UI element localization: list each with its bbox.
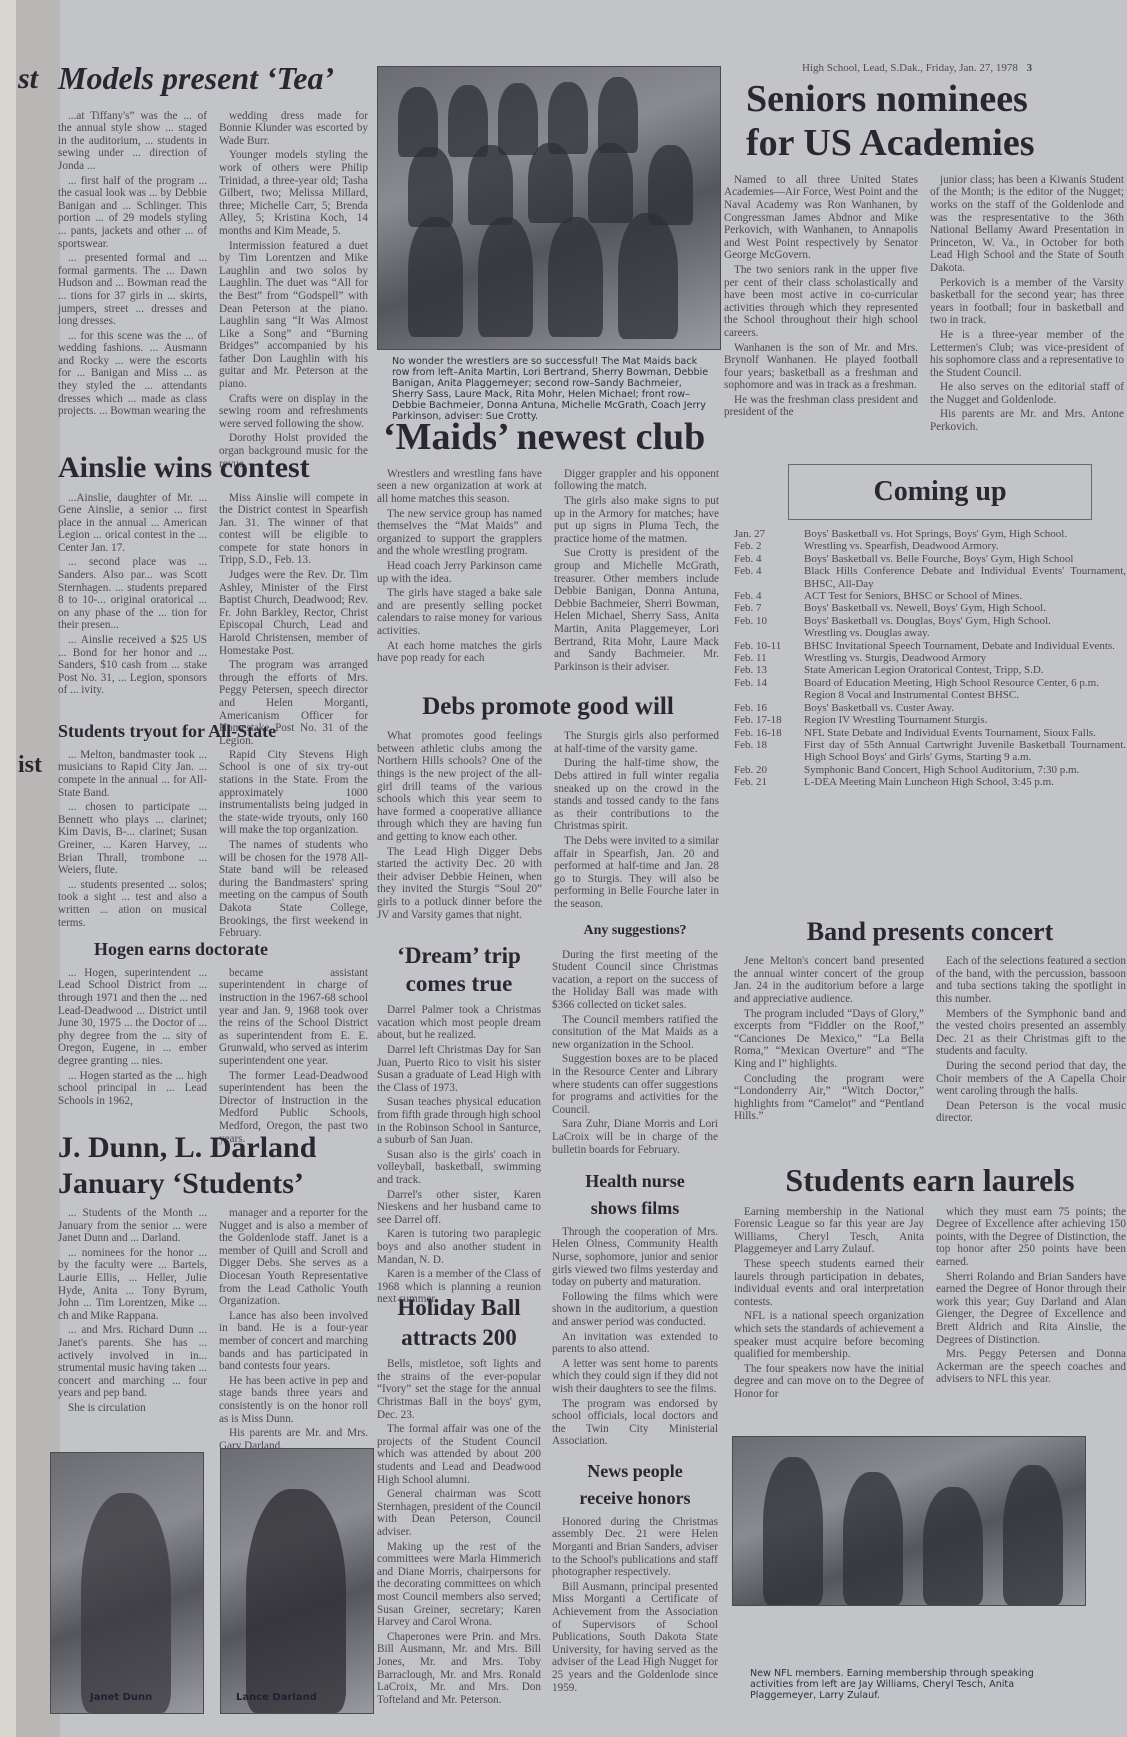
headline-band: Band presents concert xyxy=(734,918,1126,945)
paragraph: Sue Crotty is president of the group and… xyxy=(554,547,719,673)
coming-up-box: Coming up xyxy=(788,464,1092,520)
headline-suggestions: Any suggestions? xyxy=(552,924,718,939)
event-row: Wrestling vs. Douglas away. xyxy=(734,627,1126,639)
paragraph: The girls have staged a bake sale and ar… xyxy=(377,587,542,637)
events-calendar: Jan. 27Boys' Basketball vs. Hot Springs,… xyxy=(734,528,1126,789)
headline-holiday-1: Holiday Ball xyxy=(377,1296,541,1320)
paragraph: Lance has also been involved in band. He… xyxy=(219,1310,368,1373)
paragraph: Susan teaches physical education from fi… xyxy=(377,1096,541,1146)
headline-seniors-1: Seniors nominees xyxy=(724,80,1124,120)
paragraph: Head coach Jerry Parkinson came up with … xyxy=(377,560,542,585)
event-row: Feb. 7Boys' Basketball vs. Newell, Boys'… xyxy=(734,602,1126,614)
paragraph: ... presented formal and ... formal garm… xyxy=(58,252,207,328)
paragraph: An invitation was extended to parents to… xyxy=(552,1331,718,1356)
photo-nfl-members xyxy=(732,1436,1086,1606)
headline-allstate: Students tryout for All-State xyxy=(58,722,368,741)
event-row: Feb. 17-18Region IV Wrestling Tournament… xyxy=(734,714,1126,726)
paragraph: The program included “Days of Glory,” ex… xyxy=(734,1008,924,1071)
paragraph: The Council members ratified the consitu… xyxy=(552,1014,718,1052)
headline-laurels: Students earn laurels xyxy=(734,1164,1126,1198)
paragraph: What promotes good feelings between athl… xyxy=(377,730,542,843)
article-maids: ‘Maids’ newest club Wrestlers and wrestl… xyxy=(377,418,719,675)
photo-caption-mat-maids: No wonder the wrestlers are so successfu… xyxy=(392,356,712,422)
event-row: Feb. 2Wrestling vs. Spearfish, Deadwood … xyxy=(734,540,1126,552)
article-seniors: Seniors nominees for US Academies Named … xyxy=(724,80,1124,436)
headline-hogen: Hogen earns doctorate xyxy=(58,940,368,959)
paragraph: A letter was sent home to parents which … xyxy=(552,1358,718,1396)
paragraph: Darrel left Christmas Day for San Juan, … xyxy=(377,1044,541,1094)
paragraph: The program was endorsed by school offic… xyxy=(552,1398,718,1448)
paragraph: During the first meeting of the Student … xyxy=(552,949,718,1012)
article-allstate: Students tryout for All-State ... Melton… xyxy=(58,722,368,942)
article-dream-trip: ‘Dream’ trip comes true Darrel Palmer to… xyxy=(377,944,541,1308)
paragraph: The Lead High Digger Debs started the ac… xyxy=(377,846,542,922)
paragraph: Members of the Symphonic band and the ve… xyxy=(936,1008,1126,1058)
headline-news-1: News people xyxy=(552,1462,718,1481)
paragraph: Darrel's other sister, Karen Nieskens an… xyxy=(377,1189,541,1227)
paragraph: Through the cooperation of Mrs. Helen Ol… xyxy=(552,1226,718,1289)
article-health-nurse: Health nurse shows films Through the coo… xyxy=(552,1172,718,1450)
paragraph: Wrestlers and wrestling fans have seen a… xyxy=(377,468,542,506)
paragraph: Named to all three United States Academi… xyxy=(724,174,918,262)
paragraph: His parents are Mr. and Mrs. Antone Perk… xyxy=(930,408,1124,433)
paragraph: Following the films which were shown in … xyxy=(552,1291,718,1329)
article-news-people: News people receive honors Honored durin… xyxy=(552,1462,718,1696)
headline-models: Models present ‘Tea’ xyxy=(58,62,368,96)
page-number: 3 xyxy=(1027,62,1033,74)
paragraph: ... for this scene was the ... of weddin… xyxy=(58,330,207,418)
paragraph: Rapid City Stevens High School is one of… xyxy=(219,749,368,837)
paragraph: ... and Mrs. Richard Dunn ... Janet's pa… xyxy=(58,1324,207,1400)
paragraph: Concluding the program were “Londonderry… xyxy=(734,1073,924,1123)
paragraph: She is circulation xyxy=(58,1402,207,1415)
paragraph: wedding dress made for Bonnie Klunder wa… xyxy=(219,110,368,148)
paragraph: Sherri Rolando and Brian Sanders have ea… xyxy=(936,1271,1126,1347)
paragraph: The Debs were invited to a similar affai… xyxy=(554,835,719,911)
headline-news-2: receive honors xyxy=(552,1489,718,1508)
event-row: Feb. 16Boys' Basketball vs. Custer Away. xyxy=(734,702,1126,714)
paragraph: ... Hogen started as the ... high school… xyxy=(58,1070,207,1108)
paragraph: At each home matches the girls have pop … xyxy=(377,640,542,665)
article-ainslie: Ainslie wins contest ...Ainslie, daughte… xyxy=(58,452,368,749)
paragraph: Bill Ausmann, principal presented Miss M… xyxy=(552,1581,718,1694)
paragraph: The formal affair was one of the project… xyxy=(377,1423,541,1486)
paragraph: ... first half of the program ... the ca… xyxy=(58,175,207,251)
headline-nurse-2: shows films xyxy=(552,1199,718,1218)
paragraph: The Sturgis girls also performed at half… xyxy=(554,730,719,755)
paragraph: NFL is a national speech organization wh… xyxy=(734,1310,924,1360)
headline-students-of-month-1: J. Dunn, L. Darland xyxy=(58,1132,368,1164)
paragraph: ...Ainslie, daughter of Mr. ... Gene Ain… xyxy=(58,492,207,555)
article-band: Band presents concert Jene Melton's conc… xyxy=(734,918,1126,1127)
paragraph: Miss Ainslie will compete in the Distric… xyxy=(219,492,368,568)
event-row: Feb. 4Boys' Basketball vs. Belle Fourche… xyxy=(734,553,1126,565)
paragraph: He also serves on the editorial staff of… xyxy=(930,381,1124,406)
article-debs: Debs promote good will What promotes goo… xyxy=(377,694,719,923)
paragraph: Sara Zuhr, Diane Morris and Lori LaCroix… xyxy=(552,1118,718,1156)
headline-ainslie: Ainslie wins contest xyxy=(58,452,368,484)
paragraph: ... students presented ... solos; took a… xyxy=(58,879,207,929)
paragraph: Susan also is the girls' coach in volley… xyxy=(377,1149,541,1187)
paragraph: Chaperones were Prin. and Mrs. Bill Ausm… xyxy=(377,1631,541,1707)
paragraph: Wanhanen is the son of Mr. and Mrs. Bryn… xyxy=(724,342,918,392)
article-hogen: Hogen earns doctorate ... Hogen, superin… xyxy=(58,940,368,1147)
paragraph: ... Melton, bandmaster took ... musician… xyxy=(58,749,207,799)
paragraph: Earning membership in the National Foren… xyxy=(734,1206,924,1256)
article-laurels: Students earn laurels Earning membership… xyxy=(734,1164,1126,1403)
headline-coming-up: Coming up xyxy=(873,477,1006,506)
paragraph: Honored during the Christmas assembly De… xyxy=(552,1516,718,1579)
paragraph: Each of the selections featured a sectio… xyxy=(936,955,1126,1005)
paragraph: ... second place was ... Sanders. Also p… xyxy=(58,556,207,632)
paragraph: ... chosen to participate ... Bennett wh… xyxy=(58,801,207,877)
newspaper-page: High School, Lead, S.Dak., Friday, Jan. … xyxy=(60,0,1127,1737)
paragraph: The new service group has named themselv… xyxy=(377,508,542,558)
event-row: Feb. 10Boys' Basketball vs. Douglas, Boy… xyxy=(734,615,1126,627)
event-row: Feb. 14Board of Education Meeting, High … xyxy=(734,677,1126,689)
photo-caption-lance-darland: Lance Darland xyxy=(236,1692,317,1703)
event-row: Region 8 Vocal and Instrumental Contest … xyxy=(734,689,1126,701)
paragraph: ... Students of the Month ... January fr… xyxy=(58,1207,207,1245)
article-students-of-month: J. Dunn, L. Darland January ‘Students’ .… xyxy=(58,1132,368,1454)
paragraph: Jene Melton's concert band presented the… xyxy=(734,955,924,1005)
photo-janet-dunn xyxy=(50,1452,204,1714)
paragraph: General chairman was Scott Sternhagen, p… xyxy=(377,1488,541,1538)
event-row: Feb. 21L-DEA Meeting Main Luncheon High … xyxy=(734,776,1126,788)
event-row: Feb. 13State American Legion Oratorical … xyxy=(734,664,1126,676)
paragraph: which they must earn 75 points; the Degr… xyxy=(936,1206,1126,1269)
paragraph: Younger models styling the work of other… xyxy=(219,149,368,237)
folio-line: High School, Lead, S.Dak., Friday, Jan. … xyxy=(802,62,1032,74)
paragraph: Karen is tutoring two paraplegic boys an… xyxy=(377,1228,541,1266)
headline-dream-2: comes true xyxy=(377,972,541,996)
event-row: Feb. 16-18NFL State Debate and Individua… xyxy=(734,727,1126,739)
paragraph: He was the freshman class president and … xyxy=(724,394,918,419)
paragraph: ... Hogen, superintendent ... Lead Schoo… xyxy=(58,967,207,1068)
headline-debs: Debs promote good will xyxy=(377,694,719,720)
paragraph: These speech students earned their laure… xyxy=(734,1258,924,1308)
article-suggestions: Any suggestions? During the first meetin… xyxy=(552,924,718,1158)
paragraph: ... nominees for the honor ... by the fa… xyxy=(58,1247,207,1323)
event-row: Feb. 4Black Hills Conference Debate and … xyxy=(734,565,1126,590)
paragraph: Crafts were on display in the sewing roo… xyxy=(219,393,368,431)
paragraph: Intermission featured a duet by Tim Lore… xyxy=(219,240,368,391)
event-row: Feb. 10-11BHSC Invitational Speech Tourn… xyxy=(734,640,1126,652)
paragraph: ...at Tiffany's” was the ... of the annu… xyxy=(58,110,207,173)
paragraph: The names of students who will be chosen… xyxy=(219,839,368,940)
event-row: Feb. 18First day of 55th Annual Cartwrig… xyxy=(734,739,1126,764)
paragraph: Bells, mistletoe, soft lights and the st… xyxy=(377,1358,541,1421)
headline-seniors-2: for US Academies xyxy=(724,124,1124,164)
scan-gutter xyxy=(0,0,16,1737)
folio-dateline: High School, Lead, S.Dak., Friday, Jan. … xyxy=(802,62,1018,74)
paragraph: The two seniors rank in the upper five p… xyxy=(724,264,918,340)
photo-caption-nfl: New NFL members. Earning membership thro… xyxy=(750,1668,1070,1701)
paragraph: Judges were the Rev. Dr. Tim Ashley, Min… xyxy=(219,569,368,657)
event-row: Feb. 20Symphonic Band Concert, High Scho… xyxy=(734,764,1126,776)
prev-page-fragment: st xyxy=(18,62,38,96)
paragraph: Dean Peterson is the vocal music directo… xyxy=(936,1100,1126,1125)
event-row: Feb. 4ACT Test for Seniors, BHSC or Scho… xyxy=(734,590,1126,602)
paragraph: ... Ainslie received a $25 US ... Bond f… xyxy=(58,634,207,697)
article-holiday-ball: Holiday Ball attracts 200 Bells, mistlet… xyxy=(377,1296,541,1708)
prev-page-fragment: ist xyxy=(18,752,42,779)
headline-nurse-1: Health nurse xyxy=(552,1172,718,1191)
paragraph: manager and a reporter for the Nugget an… xyxy=(219,1207,368,1308)
paragraph: Perkovich is a member of the Varsity bas… xyxy=(930,277,1124,327)
paragraph: Making up the rest of the committees wer… xyxy=(377,1541,541,1629)
event-row: Jan. 27Boys' Basketball vs. Hot Springs,… xyxy=(734,528,1126,540)
paragraph: He has been active in pep and stage band… xyxy=(219,1375,368,1425)
event-row: Feb. 11Wrestling vs. Sturgis, Deadwood A… xyxy=(734,652,1126,664)
paragraph: junior class; has been a Kiwanis Student… xyxy=(930,174,1124,275)
photo-mat-maids xyxy=(377,66,721,350)
paragraph: The four speakers now have the initial d… xyxy=(734,1363,924,1401)
paragraph: Digger grappler and his opponent followi… xyxy=(554,468,719,493)
paragraph: He is a three-year member of the Letterm… xyxy=(930,329,1124,379)
photo-lance-darland xyxy=(220,1448,374,1714)
paragraph: became assistant superintendent in charg… xyxy=(219,967,368,1068)
paragraph: Suggestion boxes are to be placed in the… xyxy=(552,1053,718,1116)
headline-dream-1: ‘Dream’ trip xyxy=(377,944,541,968)
paragraph: Darrel Palmer took a Christmas vacation … xyxy=(377,1004,541,1042)
headline-holiday-2: attracts 200 xyxy=(377,1326,541,1350)
photo-caption-janet-dunn: Janet Dunn xyxy=(90,1692,152,1703)
paragraph: During the second period that day, the C… xyxy=(936,1060,1126,1098)
paragraph: During the half-time show, the Debs atti… xyxy=(554,757,719,833)
paragraph: The girls also make signs to put up in t… xyxy=(554,495,719,545)
article-models: Models present ‘Tea’ ...at Tiffany's” wa… xyxy=(58,62,368,472)
headline-students-of-month-2: January ‘Students’ xyxy=(58,1168,368,1200)
paragraph: Mrs. Peggy Petersen and Donna Ackerman a… xyxy=(936,1348,1126,1386)
headline-maids: ‘Maids’ newest club xyxy=(377,418,719,458)
